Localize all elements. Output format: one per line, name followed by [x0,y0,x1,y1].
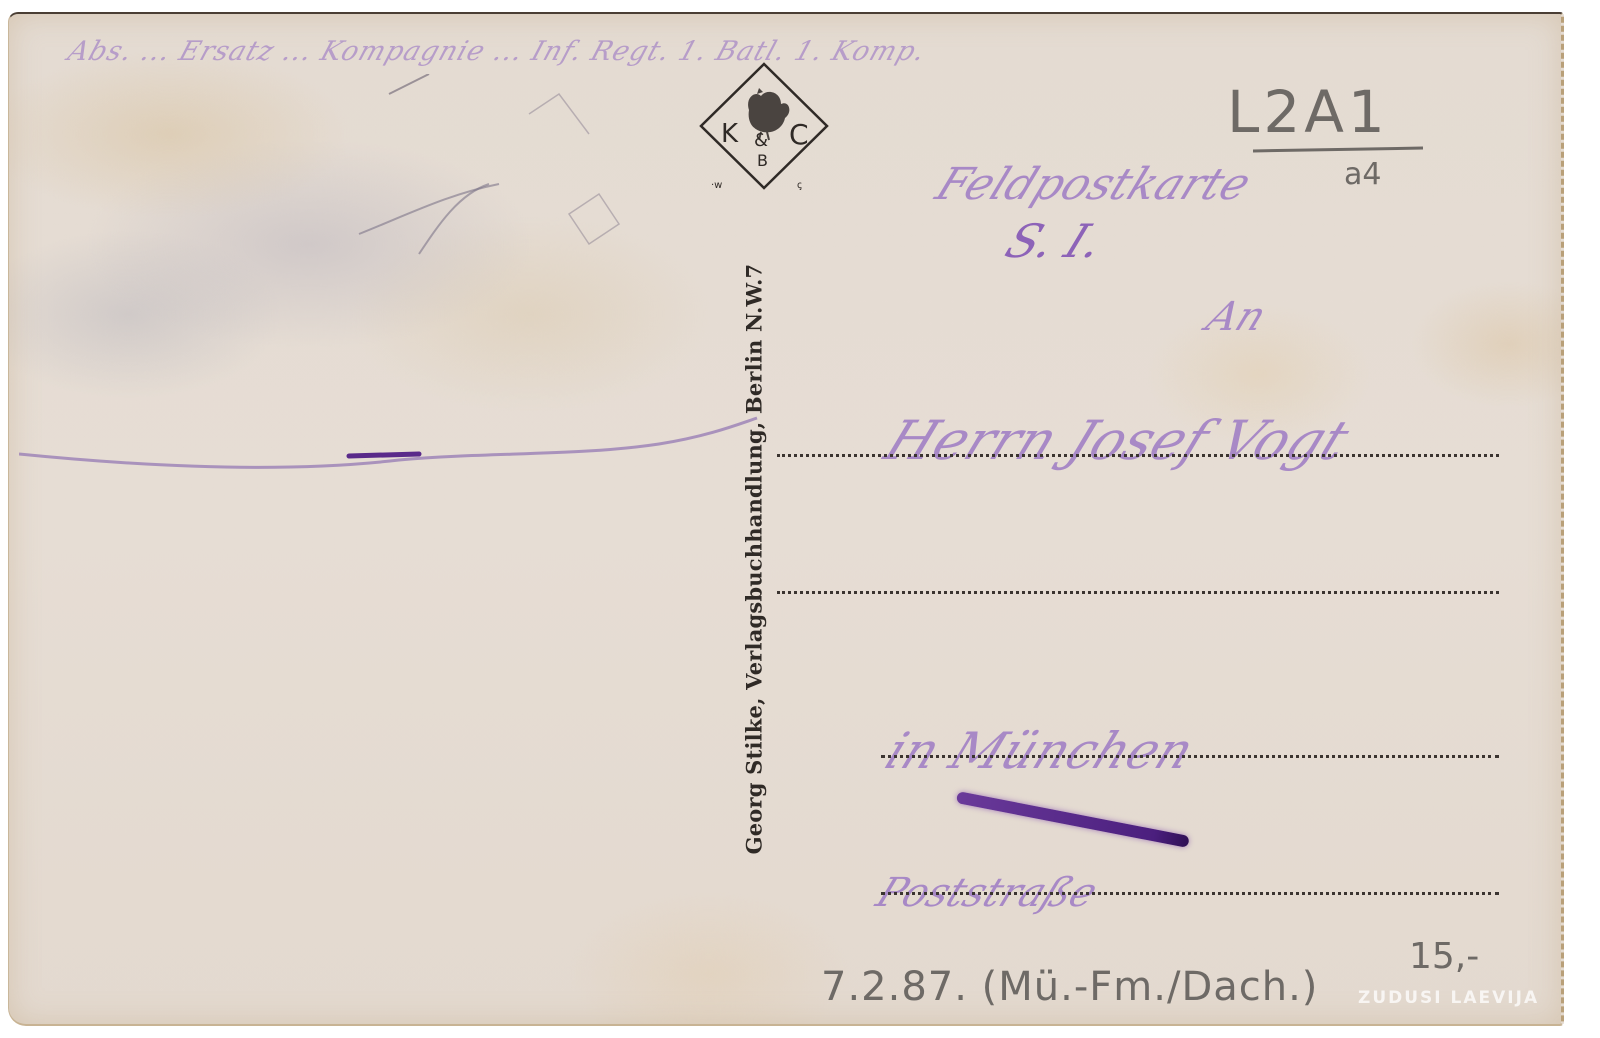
recipient-handwriting: Herrn Josef Vogt [876,409,1358,472]
pencil-date-note: 7.2.87. (Mü.-Fm./Dach.) [821,964,1318,1010]
card-type-handwriting: Feldpostkarte [929,159,1259,210]
publisher-imprint: Georg Stilke, Verlagsbuchhandlung, Berli… [742,264,767,855]
svg-text:&: & [754,130,768,151]
salutation-handwriting: An [1200,294,1273,340]
address-line-2 [777,591,1499,594]
address-line-3 [881,755,1499,758]
violet-strike-mark [956,791,1190,848]
pencil-sketch [329,74,689,314]
svg-text:C: C [789,118,809,151]
city-handwriting: in München [877,722,1202,780]
watermark: ZUDUSI LAEVIJA [1358,988,1539,1008]
pencil-reference-code: L2A1 [1227,78,1389,146]
pencil-underline [1253,147,1423,153]
svg-text:B: B [757,151,768,170]
violet-underline-stroke [19,394,759,484]
card-type-extra-handwriting: S. I. [998,214,1112,268]
publisher-logo: K C & B ·w ꞔ [697,60,831,194]
svg-text:K: K [721,119,739,149]
pencil-subcode: a4 [1344,157,1381,192]
address-line-4 [881,892,1499,895]
svg-text:ꞔ: ꞔ [797,180,802,191]
pencil-price: 15,- [1409,936,1479,977]
postcard: Abs. ... Ersatz ... Kompagnie ... Inf. R… [8,12,1564,1026]
address-line-1 [777,454,1499,457]
svg-text:·w: ·w [711,180,722,191]
